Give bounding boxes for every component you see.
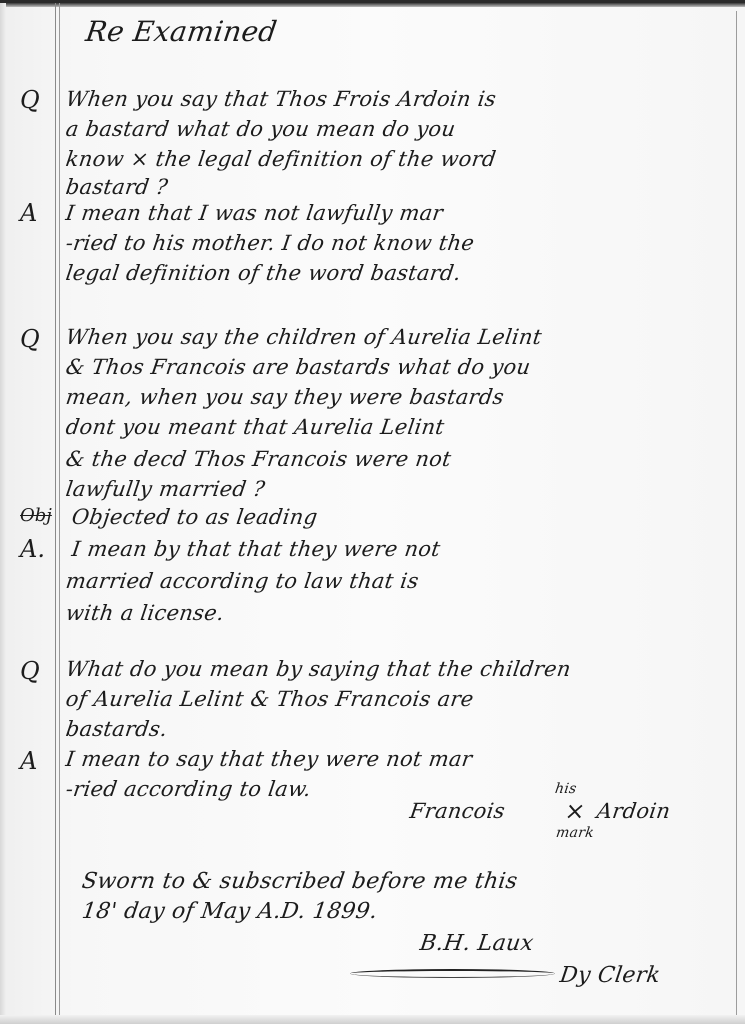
jurat-line-2: 18' day of May A.D. 1899. (80, 899, 379, 924)
answer-line: I mean to say that they were not mar (64, 747, 474, 771)
question-marker: Q (20, 86, 40, 114)
question-marker: Q (20, 657, 40, 685)
signature-first-name: Francois (408, 799, 506, 823)
question-line: When you say that Thos Frois Ardoin is (64, 87, 497, 111)
answer-line: I mean that I was not lawfully mar (64, 201, 444, 225)
answer-line: -ried according to law. (64, 777, 312, 801)
question-line: & Thos Francois are bastards what do you (64, 355, 532, 379)
question-line: of Aurelia Lelint & Thos Francois are (64, 687, 475, 711)
signature-his: his (554, 781, 578, 797)
question-line: dont you meant that Aurelia Lelint (64, 415, 446, 439)
question-line: mean, when you say they were bastards (64, 385, 505, 409)
objection-line: Objected to as leading (70, 505, 319, 529)
left-margin-rule (55, 3, 60, 1024)
answer-line: -ried to his mother. I do not know the (64, 231, 476, 255)
answer-line: married according to law that is (64, 569, 420, 593)
question-line: bastards. (64, 717, 169, 741)
document-page: Re Examined Q When you say that Thos Fro… (0, 3, 745, 1024)
answer-line: I mean by that that they were not (70, 537, 442, 561)
question-line: When you say the children of Aurelia Lel… (64, 325, 543, 349)
signature-last-name: Ardoin (595, 799, 672, 823)
signature-mark-label: mark (555, 825, 595, 841)
question-line: a bastard what do you mean do you (64, 117, 457, 141)
answer-marker: A (20, 747, 37, 775)
question-line: bastard ? (64, 175, 169, 199)
scan-bottom-edge (0, 1015, 745, 1024)
heading: Re Examined (84, 15, 279, 48)
answer-line: with a license. (64, 601, 225, 625)
answer-line: legal definition of the word bastard. (64, 261, 462, 285)
question-marker: Q (20, 325, 40, 353)
right-margin-rule (736, 11, 737, 1021)
objection-marker: Obj (20, 505, 52, 526)
jurat-line-1: Sworn to & subscribed before me this (80, 869, 519, 894)
scan-top-edge (0, 3, 745, 7)
question-line: & the decd Thos Francois were not (64, 447, 452, 471)
question-line: What do you mean by saying that the chil… (64, 657, 572, 681)
answer-marker: A (20, 199, 37, 227)
question-line: know × the legal definition of the word (64, 147, 497, 171)
question-line: lawfully married ? (64, 477, 266, 501)
clerk-signature: B.H. Laux (418, 931, 535, 956)
answer-marker: A. (20, 535, 45, 563)
clerk-title: Dy Clerk (558, 963, 662, 988)
signature-mark-x: × (563, 797, 587, 825)
signature-flourish (350, 969, 555, 978)
scan-left-edge (0, 3, 6, 1024)
